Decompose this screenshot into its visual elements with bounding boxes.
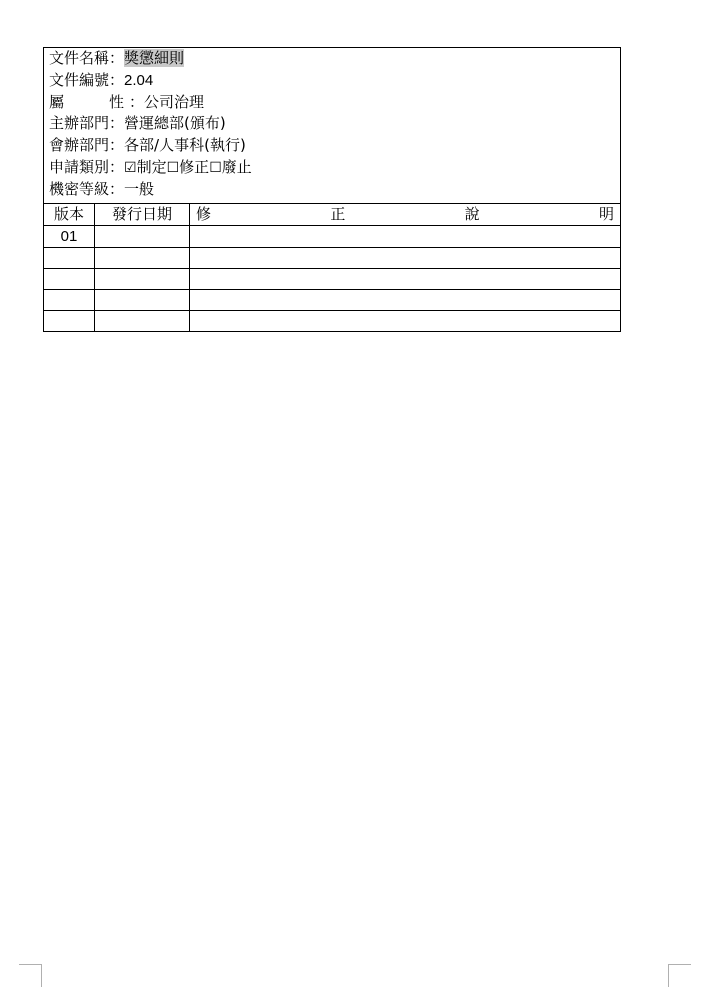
apply-option-label: 廢止: [222, 158, 252, 176]
co-dept-label: 會辦部門: [49, 135, 109, 157]
secrecy-value[interactable]: 一般: [124, 180, 154, 198]
page-corner-mark-bottom-left: [19, 964, 42, 987]
colon: ：: [109, 48, 124, 70]
colon: ：: [109, 179, 124, 201]
document-header-table: 文件名稱：獎懲細則 文件編號：2.04 屬性：公司治理 主辦部門：營運總部(頒布…: [43, 47, 621, 332]
date-cell[interactable]: [95, 268, 190, 289]
description-header-char: 正: [330, 205, 402, 223]
description-cell[interactable]: [190, 310, 621, 331]
attr-line: 屬性：公司治理: [49, 92, 620, 114]
description-cell[interactable]: [190, 289, 621, 310]
co-dept-line: 會辦部門：各部/人事科(執行): [49, 135, 620, 157]
date-cell[interactable]: [95, 310, 190, 331]
checkbox-checked-icon[interactable]: ☑: [124, 158, 137, 180]
description-cell[interactable]: [190, 225, 621, 247]
attr-label-part: 性: [109, 92, 124, 114]
table-row: [44, 289, 621, 310]
doc-no-label: 文件編號: [49, 70, 109, 92]
document-info-cell: 文件名稱：獎懲細則 文件編號：2.04 屬性：公司治理 主辦部門：營運總部(頒布…: [44, 48, 621, 204]
doc-no-line: 文件編號：2.04: [49, 70, 620, 92]
colon: ：: [129, 92, 144, 114]
apply-option-label: 修正: [179, 158, 209, 176]
description-header: 修 正 說 明: [190, 203, 621, 225]
secrecy-label: 機密等級: [49, 179, 109, 201]
page-corner-mark-bottom-right: [668, 964, 691, 987]
description-cell[interactable]: [190, 247, 621, 268]
version-cell[interactable]: [44, 268, 95, 289]
table-row: 01: [44, 225, 621, 247]
date-cell[interactable]: [95, 289, 190, 310]
colon: ：: [109, 157, 124, 179]
version-cell[interactable]: [44, 247, 95, 268]
secrecy-line: 機密等級：一般: [49, 179, 620, 201]
apply-option-label: 制定: [137, 158, 167, 176]
doc-no-value[interactable]: 2.04: [124, 72, 153, 89]
doc-name-line: 文件名稱：獎懲細則: [49, 48, 620, 70]
date-cell[interactable]: [95, 225, 190, 247]
host-dept-label: 主辦部門: [49, 113, 109, 135]
version-header: 版本: [44, 203, 95, 225]
attr-label: 屬性: [49, 92, 129, 114]
colon: ：: [109, 70, 124, 92]
table-row: [44, 268, 621, 289]
description-header-char: 說: [465, 205, 537, 223]
date-header: 發行日期: [95, 203, 190, 225]
colon: ：: [109, 135, 124, 157]
doc-name-value[interactable]: 獎懲細則: [124, 49, 184, 67]
doc-name-label: 文件名稱: [49, 48, 109, 70]
description-header-char: 修: [196, 205, 268, 223]
description-cell[interactable]: [190, 268, 621, 289]
checkbox-unchecked-icon[interactable]: ☐: [209, 158, 222, 180]
version-cell[interactable]: [44, 310, 95, 331]
version-cell[interactable]: [44, 289, 95, 310]
apply-type-label: 申請類別: [49, 157, 109, 179]
colon: ：: [109, 113, 124, 135]
checkbox-unchecked-icon[interactable]: ☐: [167, 158, 180, 180]
attr-value[interactable]: 公司治理: [144, 93, 204, 111]
host-dept-line: 主辦部門：營運總部(頒布): [49, 113, 620, 135]
table-row: [44, 310, 621, 331]
host-dept-value[interactable]: 營運總部(頒布): [124, 114, 226, 132]
version-cell[interactable]: 01: [44, 225, 95, 247]
attr-label-part: 屬: [49, 92, 109, 114]
apply-type-line: 申請類別：☑制定☐修正☐廢止: [49, 157, 620, 179]
date-cell[interactable]: [95, 247, 190, 268]
revision-header-row: 版本 發行日期 修 正 說 明: [44, 203, 621, 225]
table-row: [44, 247, 621, 268]
co-dept-value[interactable]: 各部/人事科(執行): [124, 136, 246, 154]
description-header-char: 明: [599, 205, 614, 223]
